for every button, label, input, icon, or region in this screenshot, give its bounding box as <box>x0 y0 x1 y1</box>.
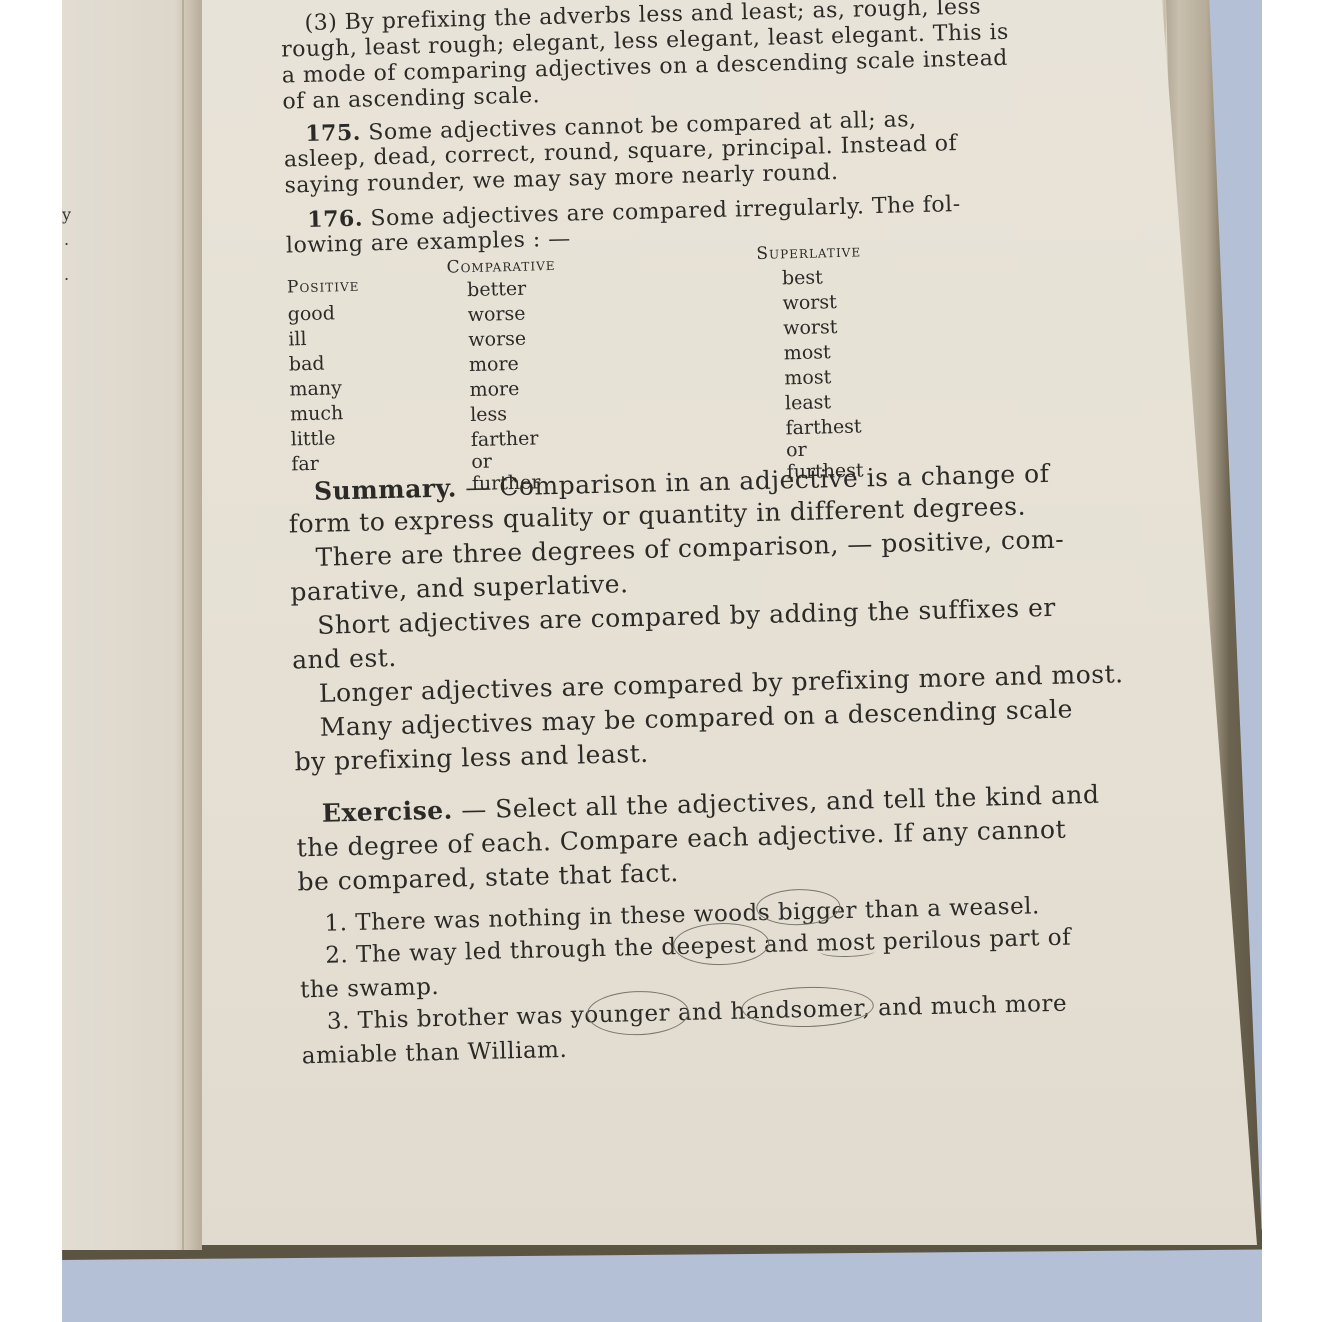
paragraph-number: 176. <box>307 206 363 233</box>
table-cell: little <box>290 427 335 450</box>
table-cell: far <box>291 453 319 476</box>
table-cell: better <box>467 278 527 301</box>
paragraph-number: 175. <box>305 120 361 147</box>
exercise-label: Exercise. <box>322 796 454 828</box>
table-cell: best <box>782 266 823 289</box>
summary-label: Summary. <box>314 473 458 505</box>
gutter-line <box>182 0 184 1250</box>
table-cell: more <box>469 353 519 376</box>
table-cell: more <box>469 378 519 401</box>
column-header-comparative: Comparative <box>446 255 555 278</box>
table-cell: much <box>290 402 344 425</box>
table-cell: many <box>289 377 342 400</box>
table-cell: worse <box>467 303 525 326</box>
table-cell: worst <box>782 291 837 314</box>
table-cell: worse <box>468 328 526 351</box>
left-page-fragment: y <box>62 205 71 224</box>
column-header-positive: Positive <box>287 276 360 298</box>
table-cell: ill <box>288 328 307 350</box>
table-cell: least <box>785 391 832 414</box>
exercise-item: the swamp. <box>300 974 440 1003</box>
left-page: y . . <box>62 0 202 1250</box>
table-cell: bad <box>289 353 325 376</box>
table-cell: less <box>470 403 507 426</box>
table-cell: good <box>287 302 335 325</box>
table-cell: worst <box>783 316 838 339</box>
left-page-fragment: . <box>64 230 69 249</box>
text-line: and est. <box>292 643 397 675</box>
book-photo: y . . (3) By prefixing the adverbs less … <box>62 0 1262 1322</box>
table-cell: most <box>784 341 831 364</box>
left-page-fragment: . <box>64 265 69 284</box>
table-cell: most <box>784 366 831 389</box>
column-header-superlative: Superlative <box>756 241 861 264</box>
